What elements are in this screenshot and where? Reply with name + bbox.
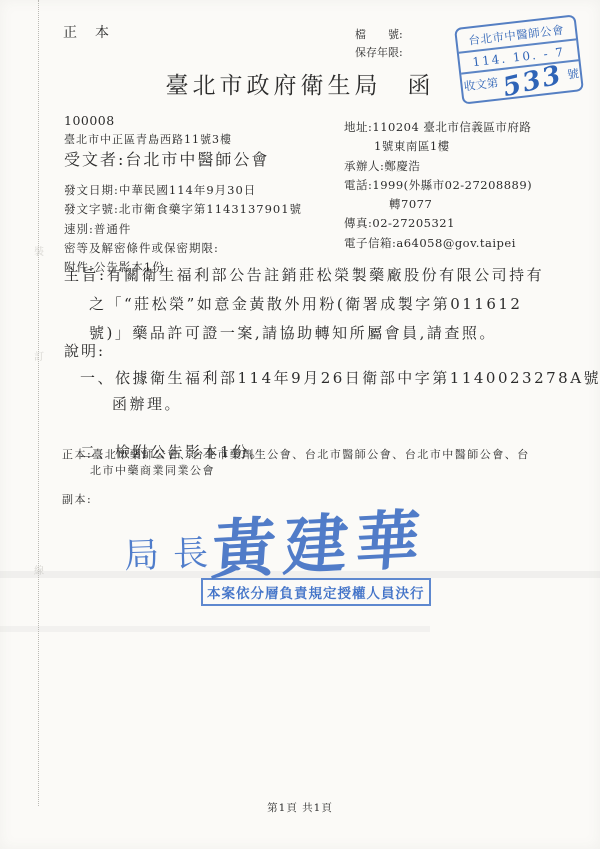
- contact-fax: 傳真:02-27205321: [344, 214, 532, 233]
- stamp-receipt-prefix: 收文第: [463, 76, 499, 94]
- issue-number: 發文字號:北市衛食藥字第1143137901號: [64, 200, 302, 219]
- recipient-line: 受文者:台北市中醫師公會: [64, 147, 269, 170]
- contact-address-line1: 地址:110204 臺北市信義區市府路: [344, 118, 532, 137]
- issue-date: 發文日期:中華民國114年9月30日: [64, 181, 302, 200]
- stamp-receipt-number: 533: [502, 67, 564, 97]
- explanation-item1-line1: 一、依據衛生福利部114年9月26日衛部中字第1140023278A號: [80, 365, 600, 391]
- item1-number: 一、: [80, 369, 115, 387]
- explanation-label: 說明:: [64, 340, 105, 361]
- original-label: 正本:: [62, 448, 92, 461]
- page-number-footer: 第1頁 共1頁: [0, 800, 600, 815]
- delegation-note-stamp: 本案依分層負責規定授權人員決行: [201, 578, 431, 606]
- letter-type: 函: [408, 73, 435, 99]
- binding-mark-ding: 訂: [33, 348, 45, 363]
- priority: 速別:普通件: [64, 220, 302, 239]
- subject-block: 主旨:有關衛生福利部公告註銷莊松榮製藥廠股份有限公司持有 之「“莊松榮”如意金黃…: [64, 261, 544, 348]
- contact-email: 電子信箱:a64058@gov.taipei: [344, 234, 532, 253]
- subject-line3: 號)」藥品許可證一案,請協助轉知所屬會員,請查照。: [64, 319, 544, 348]
- binding-dotted-line: 裝 訂 線: [38, 0, 39, 806]
- director-signature-stamp: 黃建華: [209, 488, 431, 592]
- subject-line2: 之「“莊松榮”如意金黃散外用粉(衛署成製字第011612: [64, 290, 544, 319]
- recipient-address: 臺北市中正區青島西路11號3樓: [64, 131, 232, 147]
- contact-block: 地址:110204 臺北市信義區市府路 1號東南區1樓 承辦人:鄭慶浩 電話:1…: [344, 118, 532, 253]
- receipt-stamp: 台北市中醫師公會 114. 10. - 7 收文第 533 號: [454, 14, 584, 104]
- contact-person: 承辦人:鄭慶浩: [344, 157, 532, 176]
- subject-label: 主旨:: [64, 266, 107, 284]
- original-recipients-line2: 北市中藥商業同業公會: [62, 463, 530, 479]
- director-title-stamp: 局長: [123, 525, 223, 578]
- issuing-agency: 臺北市政府衛生局: [166, 73, 382, 99]
- subject-line1: 主旨:有關衛生福利部公告註銷莊松榮製藥廠股份有限公司持有: [64, 261, 544, 290]
- retention-period-label: 保存年限:: [355, 44, 403, 60]
- stamp-receipt-suffix: 號: [567, 66, 580, 81]
- original-recipients-line1: 正本:臺北市藥師公會、台北市藥劑生公會、台北市醫師公會、台北市中醫師公會、台: [62, 447, 530, 463]
- contact-phone-line1: 電話:1999(外縣市02-27208889): [344, 176, 532, 195]
- explanation-item1-line2: 函辦理。: [80, 391, 600, 417]
- classification: 密等及解密條件或保密期限:: [64, 239, 302, 258]
- recipient-postal-code: 100008: [64, 113, 115, 128]
- copy-type-label: 正 本: [63, 22, 111, 42]
- contact-phone-line2: 轉7077: [344, 195, 532, 214]
- scan-streak: [0, 626, 430, 632]
- contact-address-line2: 1號東南區1樓: [344, 137, 532, 156]
- binding-mark-zhuang: 裝: [33, 243, 45, 258]
- scanned-official-letter: 裝 訂 線 正 本 檔 號: 保存年限: 臺北市政府衛生局函 台北市中醫師公會 …: [0, 0, 600, 849]
- file-number-label: 檔 號:: [355, 26, 403, 42]
